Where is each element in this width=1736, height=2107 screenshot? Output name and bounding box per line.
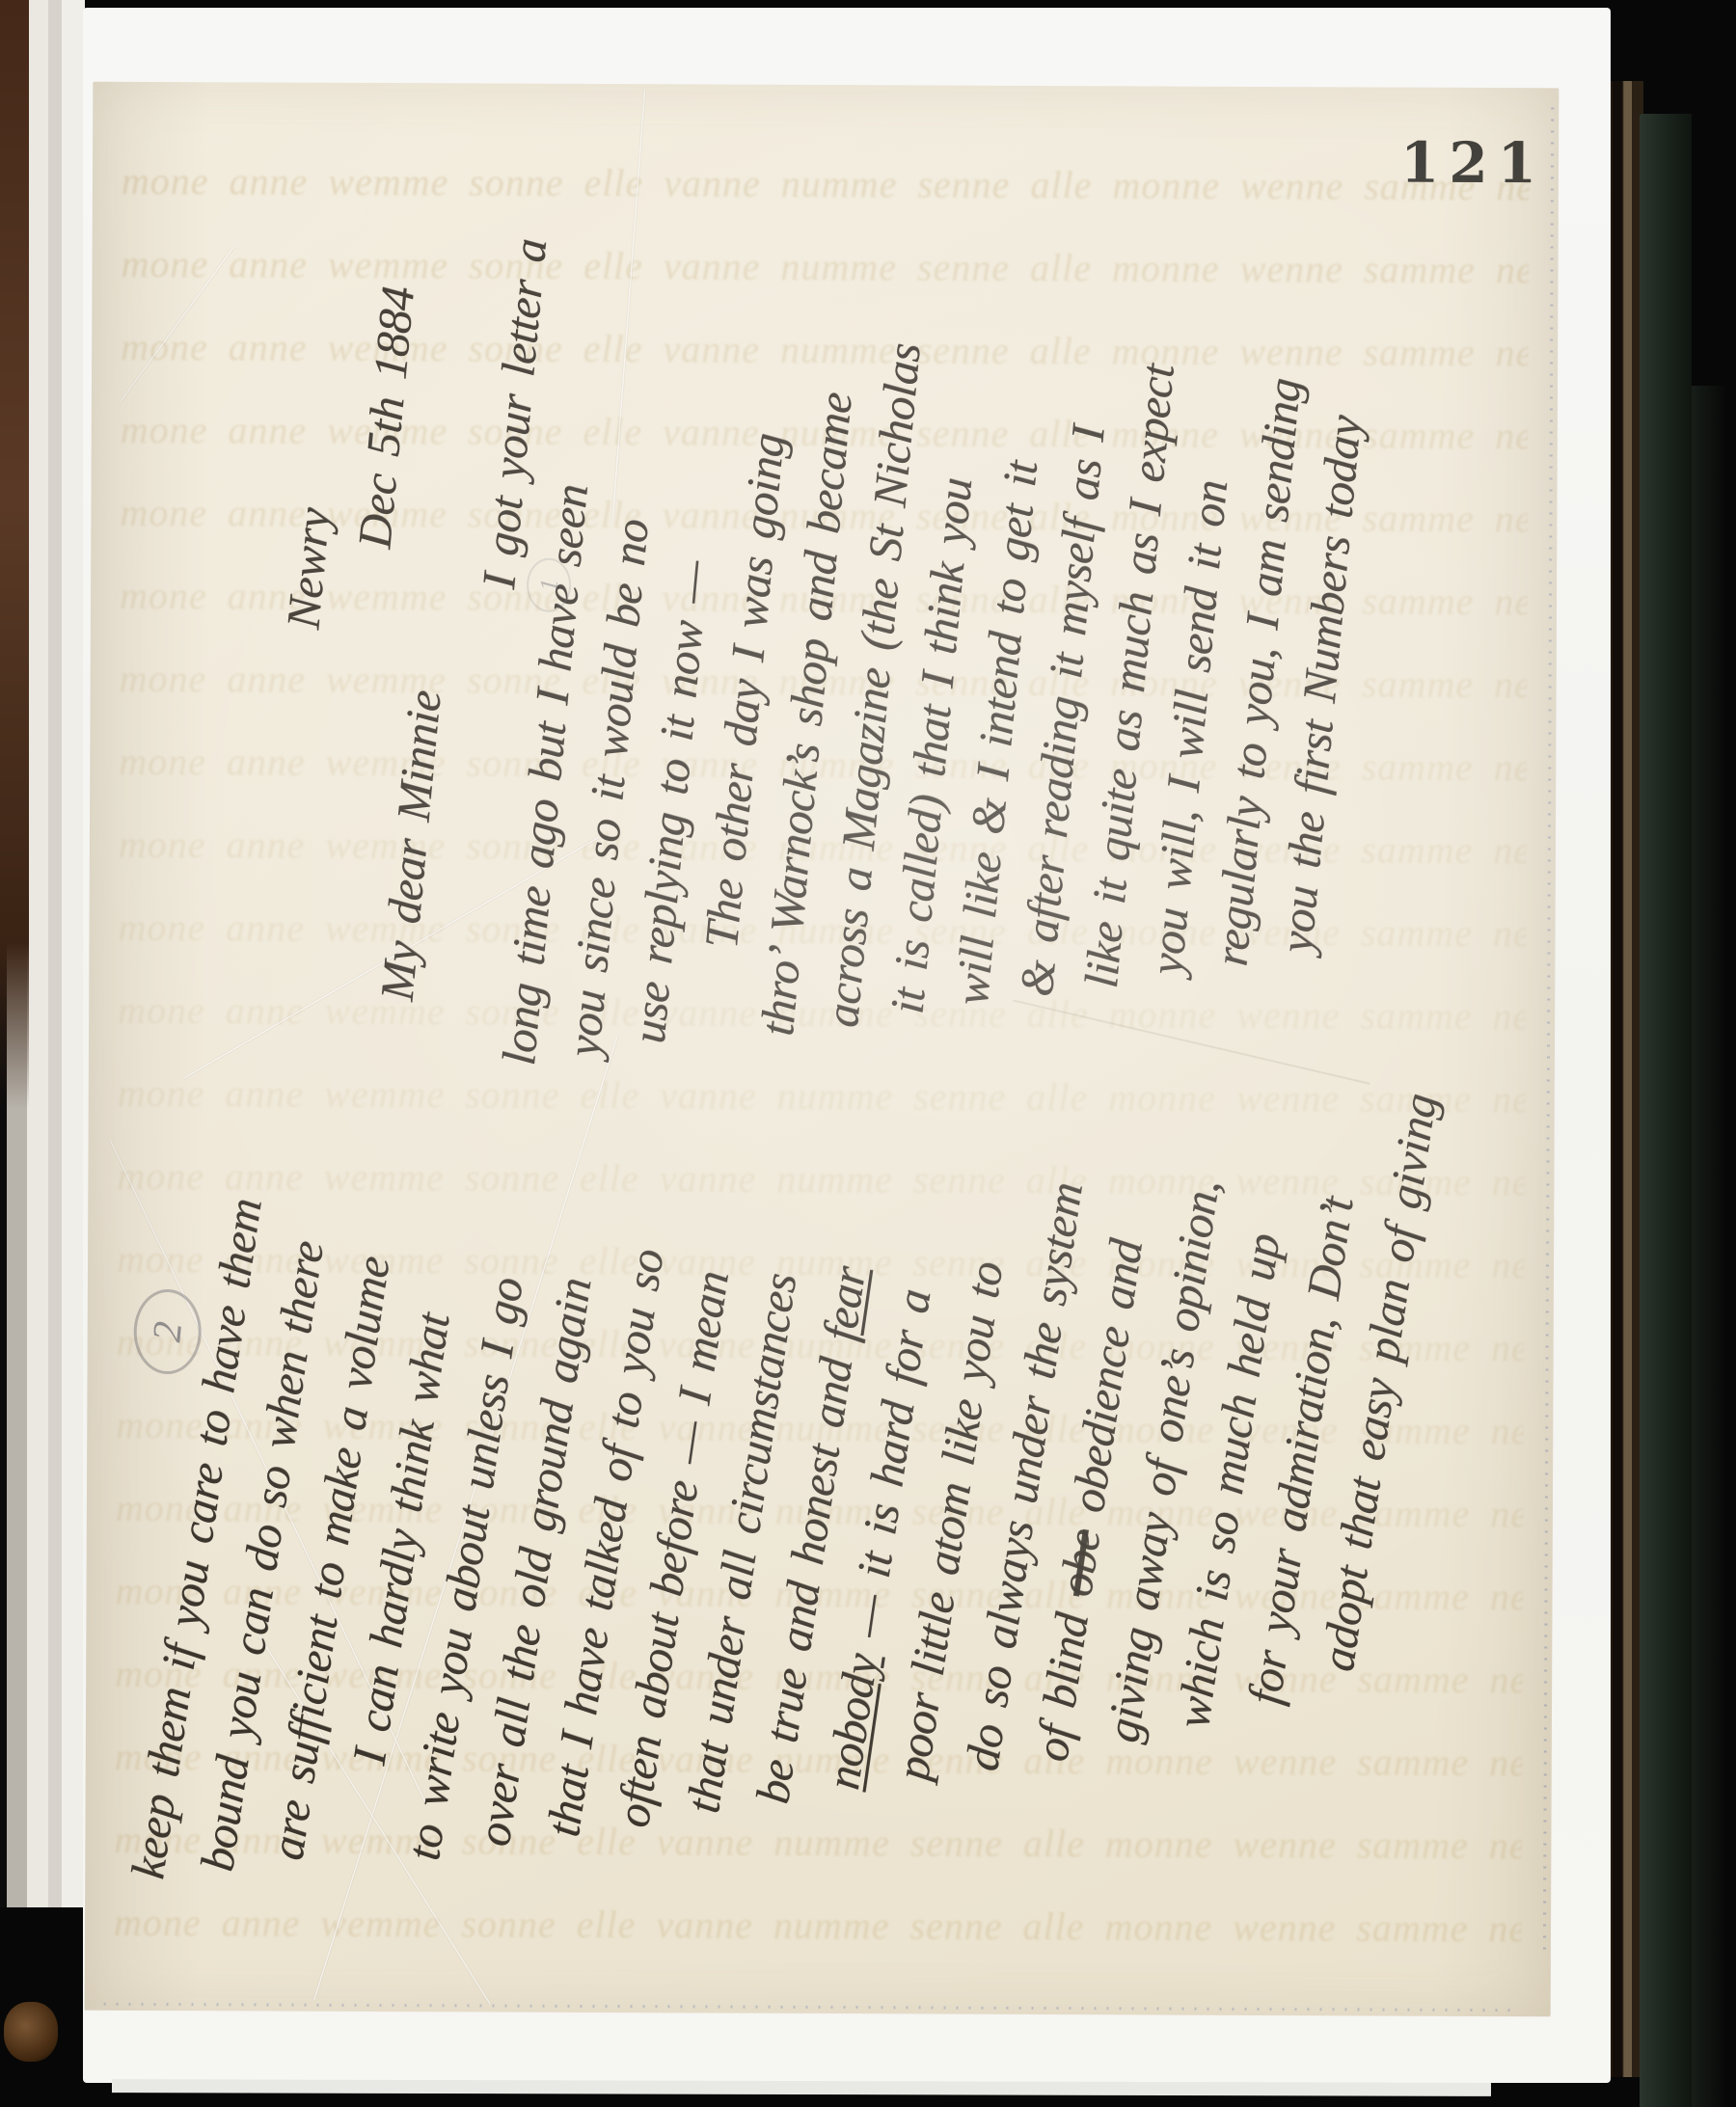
book-cover-sheen [1692,386,1736,2107]
page-number: 121 [1400,130,1546,197]
book-spine-edge [0,0,29,1109]
paper-crease [120,245,236,402]
pencil-circled-number-2: 2 [134,1289,202,1374]
letter-page-two-text: keep them if you care to have thembound … [114,977,1447,2048]
book-board-corner [4,2002,58,2062]
pencil-circled-number-1: 1 [527,558,571,612]
pencil-mark-digit: 2 [144,1319,192,1343]
pencil-mark-digit: 1 [534,578,564,593]
book-cover-edge [1640,114,1692,2107]
photograph-background: mone anne wemme sonne elle vanne numme s… [0,0,1736,2107]
letter-page-one-text: NewryDec 5th 1884My dear MinnieI got you… [233,136,1394,1138]
letter-page: mone anne wemme sonne elle vanne numme s… [85,82,1560,2017]
